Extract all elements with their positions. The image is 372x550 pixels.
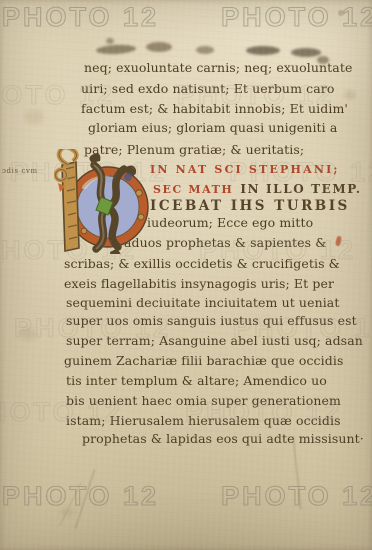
watermark-text: PHOTO 12 xyxy=(2,2,159,32)
manuscript-text: exeis flagellabitis insynagogis uris; Et… xyxy=(64,276,334,291)
manuscript-line: tis inter templum & altare; Amendico uo xyxy=(66,371,327,389)
ink-smudge xyxy=(291,48,321,57)
manuscript-text: guinem Zachariæ filii barachiæ que occid… xyxy=(64,353,343,368)
manuscript-text: super uos omis sanguis iustus qui effusu… xyxy=(66,313,357,328)
manuscript-line: guinem Zachariæ filii barachiæ que occid… xyxy=(64,351,343,369)
manuscript-text: uiri; sed exdo natisunt; Et uerbum caro xyxy=(81,81,334,96)
manuscript-line: exeis flagellabitis insynagogis uris; Et… xyxy=(64,274,334,292)
manuscript-line: factum est; & habitabit innobis; Et uidi… xyxy=(81,99,348,117)
manuscript-text: scribas; & exillis occidetis & crucifige… xyxy=(64,256,340,271)
parchment-stain xyxy=(20,328,36,340)
manuscript-line: IN NAT SCI STEPHANI; xyxy=(150,159,340,177)
parchment-stain xyxy=(24,110,44,124)
illuminated-initial-d xyxy=(54,149,149,254)
ink-smudge xyxy=(106,38,114,44)
manuscript-line: super terram; Asanguine abel iusti usq; … xyxy=(66,331,363,349)
manuscript-line: ICEBAT IHS TURBIS xyxy=(150,196,350,215)
manuscript-text: aduos prophetas & sapientes & xyxy=(124,235,327,250)
manuscript-line: istam; Hierusalem hierusalem quæ occidis xyxy=(66,411,341,429)
manuscript-text: super terram; Asanguine abel iusti usq; … xyxy=(66,333,363,348)
manuscript-line: gloriam eius; gloriam quasi unigeniti a xyxy=(88,118,337,136)
ink-smudge xyxy=(246,46,280,55)
parchment-stain xyxy=(60,508,74,517)
rubric-text: IN NAT SCI STEPHANI; xyxy=(150,163,340,176)
manuscript-text: bis uenient haec omia super generationem xyxy=(66,393,341,408)
manuscript-text: gloriam eius; gloriam quasi unigeniti a xyxy=(88,120,337,135)
manuscript-line: neq; exuoluntate carnis; neq; exuoluntat… xyxy=(84,58,352,76)
scratch-mark xyxy=(60,482,82,526)
red-margin-mark xyxy=(335,236,342,247)
ink-smudge xyxy=(96,44,136,55)
manuscript-text: iudeorum; Ecce ego mitto xyxy=(147,215,313,230)
manuscript-text: tis inter templum & altare; Amendico uo xyxy=(66,373,327,388)
manuscript-text: factum est; & habitabit innobis; Et uidi… xyxy=(81,101,348,116)
watermark-text: PHOTO 12 xyxy=(221,2,372,32)
rubric-text: SEC MATH xyxy=(153,183,233,196)
manuscript-line: sequemini deciuitate inciuitatem ut ueni… xyxy=(66,293,340,311)
manuscript-line: bis uenient haec omia super generationem xyxy=(66,391,341,409)
manuscript-line: uiri; sed exdo natisunt; Et uerbum caro xyxy=(81,79,334,97)
watermark-row: PHOTO 12PHOTO 12 xyxy=(2,2,372,33)
manuscript-line: super uos omis sanguis iustus qui effusu… xyxy=(66,311,357,329)
manuscript-line: prophetas & lapidas eos qui adte missisu… xyxy=(82,429,364,447)
manuscript-line: aduos prophetas & sapientes & xyxy=(124,233,327,251)
manuscript-text: istam; Hierusalem hierusalem quæ occidis xyxy=(66,413,341,428)
margin-note: ɔdis cvm xyxy=(2,167,38,175)
manuscript-text: neq; exuoluntate carnis; neq; exuoluntat… xyxy=(84,60,352,75)
ink-smudge xyxy=(196,46,214,54)
manuscript-text: ICEBAT IHS TURBIS xyxy=(150,198,350,214)
scratch-mark xyxy=(74,469,95,528)
illuminated-initial-artwork xyxy=(54,149,149,254)
manuscript-page-photo: PHOTO 12PHOTO 12PHOTO 12PHOTO 12PHOTO 12… xyxy=(0,0,372,550)
ink-smudge xyxy=(146,42,172,52)
manuscript-line: iudeorum; Ecce ego mitto xyxy=(147,213,313,231)
manuscript-text: IN ILLO TEMP. xyxy=(240,182,361,196)
manuscript-text: prophetas & lapidas eos qui adte missisu… xyxy=(82,431,364,446)
parchment-stain xyxy=(338,10,344,16)
manuscript-line: SEC MATHIN ILLO TEMP. xyxy=(153,179,362,197)
watermark-text: PHOTO 12 xyxy=(2,481,159,511)
watermark-text: PHOTO 12 xyxy=(221,481,372,511)
manuscript-line: scribas; & exillis occidetis & crucifige… xyxy=(64,254,340,272)
watermark-row: PHOTO 12PHOTO 12 xyxy=(2,481,372,512)
manuscript-text: sequemini deciuitate inciuitatem ut ueni… xyxy=(66,295,340,310)
